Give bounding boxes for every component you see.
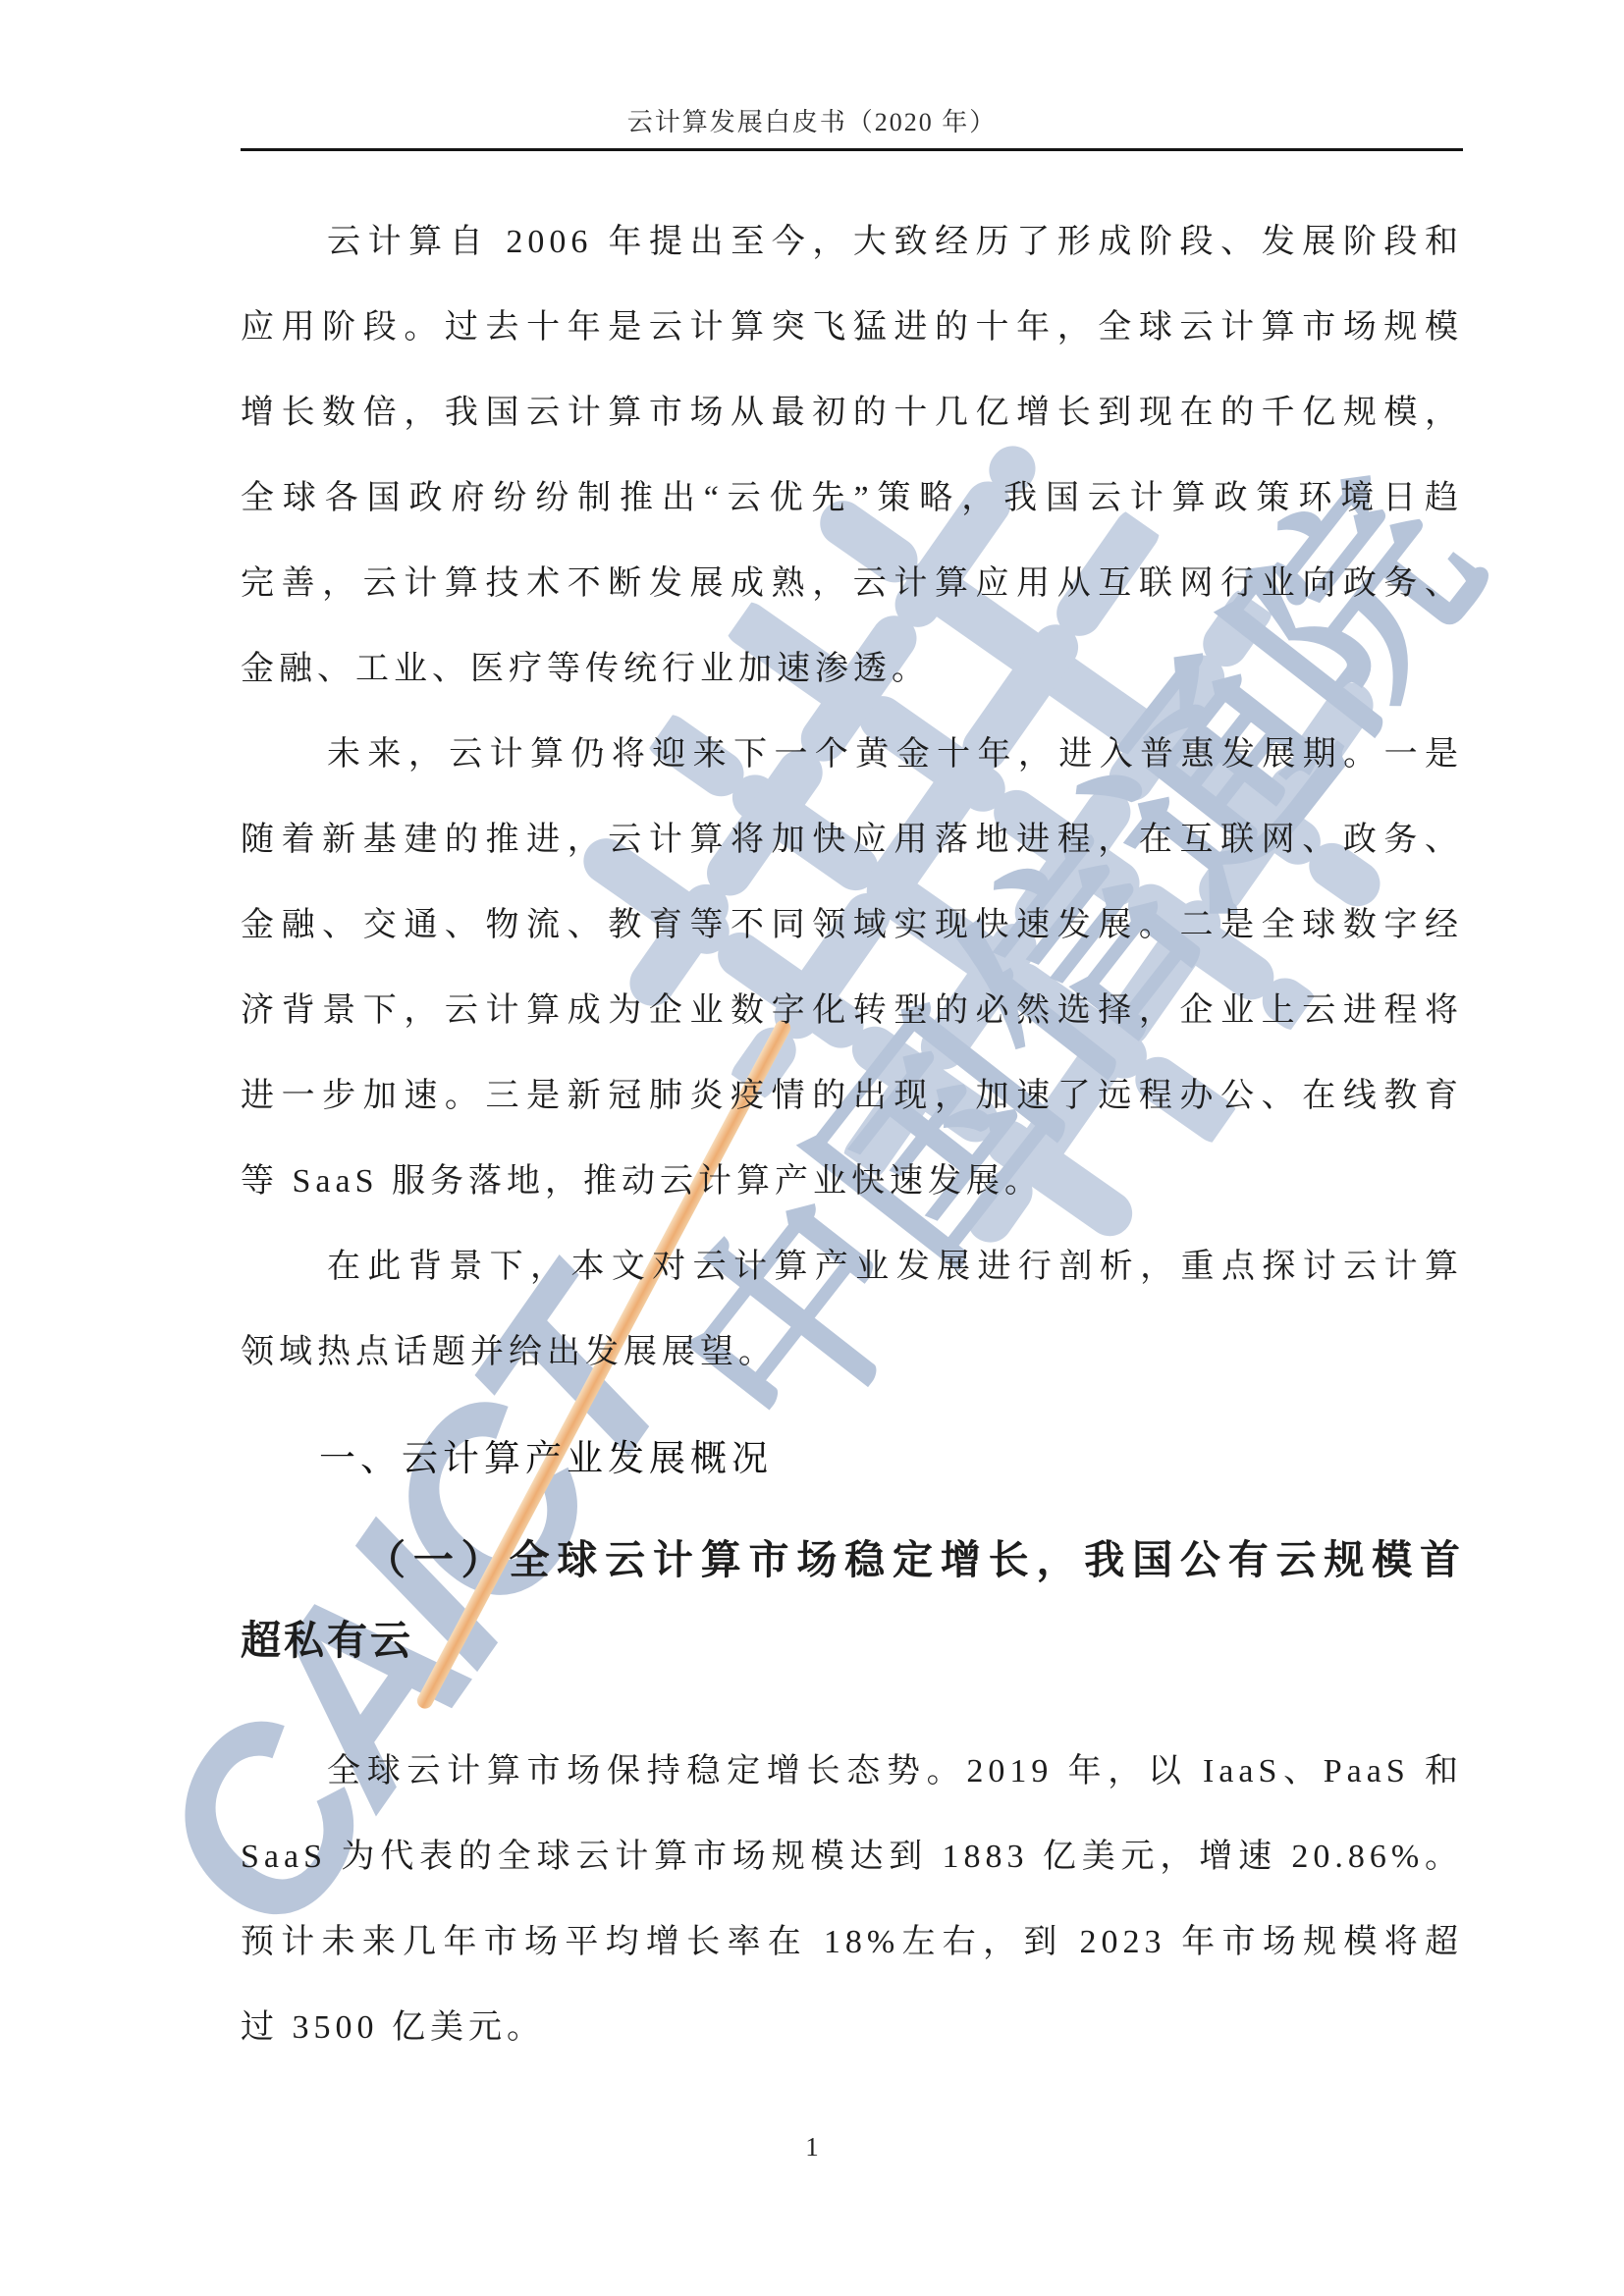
heading-line: （一）全球云计算市场稳定增长，我国公有云规模首 xyxy=(241,1520,1463,1600)
paragraph-line: 完善，云计算技术不断发展成熟，云计算应用从互联网行业向政务、 xyxy=(241,541,1463,626)
heading-line: 超私有云 xyxy=(241,1600,1463,1681)
paragraph-line: SaaS 为代表的全球云计算市场规模达到 1883 亿美元，增速 20.86%。 xyxy=(241,1814,1463,1899)
paragraph-line: 云计算自 2006 年提出至今，大致经历了形成阶段、发展阶段和 xyxy=(241,199,1463,285)
paragraph-line: 进一步加速。三是新冠肺炎疫情的出现，加速了远程办公、在线教育 xyxy=(241,1053,1463,1139)
paragraph-4: 全球云计算市场保持稳定增长态势。2019 年，以 IaaS、PaaS 和 Saa… xyxy=(241,1729,1463,2070)
paragraph-line: 济背景下，云计算成为企业数字化转型的必然选择，企业上云进程将 xyxy=(241,968,1463,1053)
paragraph-line: 增长数倍，我国云计算市场从最初的十几亿增长到现在的千亿规模， xyxy=(241,370,1463,455)
header-divider xyxy=(241,148,1463,151)
paragraph-line: 等 SaaS 服务落地，推动云计算产业快速发展。 xyxy=(241,1139,1463,1224)
paragraph-line: 应用阶段。过去十年是云计算突飞猛进的十年，全球云计算市场规模 xyxy=(241,285,1463,370)
whitepaper-page: 中国信通院 CAICT 云计算发展白皮书（2020 年） 云计算自 2006 年… xyxy=(0,0,1624,2296)
paragraph-line: 过 3500 亿美元。 xyxy=(241,1985,1463,2070)
paragraph-line: 随着新基建的推进，云计算将加快应用落地进程，在互联网、政务、 xyxy=(241,797,1463,882)
paragraph-3: 在此背景下，本文对云计算产业发展进行剖析，重点探讨云计算 领域热点话题并给出发展… xyxy=(241,1224,1463,1395)
section-heading-2: （一）全球云计算市场稳定增长，我国公有云规模首 超私有云 xyxy=(241,1520,1463,1681)
paragraph-line: 全球云计算市场保持稳定增长态势。2019 年，以 IaaS、PaaS 和 xyxy=(241,1729,1463,1814)
paragraph-line: 未来，云计算仍将迎来下一个黄金十年，进入普惠发展期。一是 xyxy=(241,712,1463,797)
paragraph-1: 云计算自 2006 年提出至今，大致经历了形成阶段、发展阶段和 应用阶段。过去十… xyxy=(241,199,1463,712)
paragraph-2: 未来，云计算仍将迎来下一个黄金十年，进入普惠发展期。一是 随着新基建的推进，云计… xyxy=(241,712,1463,1224)
paragraph-line: 预计未来几年市场平均增长率在 18%左右，到 2023 年市场规模将超 xyxy=(241,1899,1463,1985)
paragraph-line: 全球各国政府纷纷制推出“云优先”策略，我国云计算政策环境日趋 xyxy=(241,455,1463,541)
section-heading-1: 一、云计算产业发展概况 xyxy=(241,1428,1463,1481)
paragraph-line: 金融、工业、医疗等传统行业加速渗透。 xyxy=(241,626,1463,712)
paragraph-line: 领域热点话题并给出发展展望。 xyxy=(241,1309,1463,1395)
header-title: 云计算发展白皮书（2020 年） xyxy=(0,102,1624,138)
page-number: 1 xyxy=(0,2132,1624,2163)
paragraph-line: 金融、交通、物流、教育等不同领域实现快速发展。二是全球数字经 xyxy=(241,882,1463,968)
paragraph-line: 在此背景下，本文对云计算产业发展进行剖析，重点探讨云计算 xyxy=(241,1224,1463,1309)
